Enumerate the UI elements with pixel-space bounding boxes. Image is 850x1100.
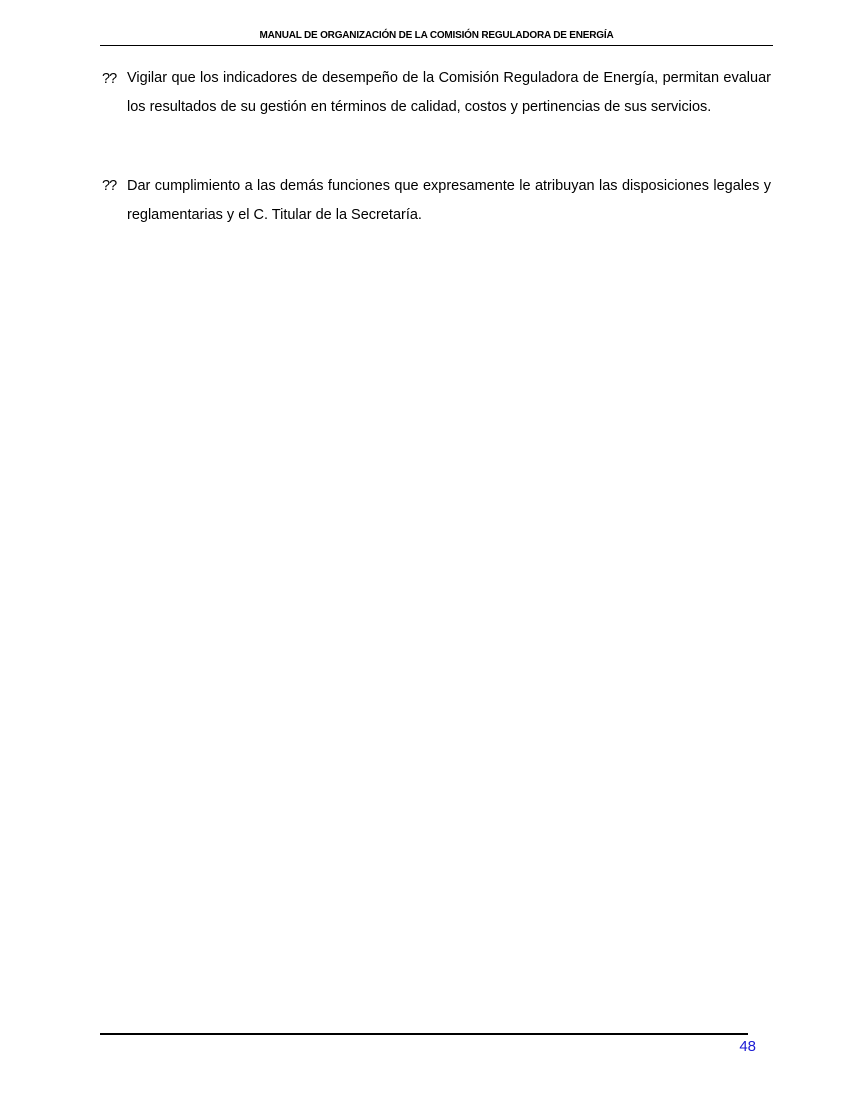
document-header-title: MANUAL DE ORGANIZACIÓN DE LA COMISIÓN RE… bbox=[100, 30, 773, 41]
footer-divider bbox=[100, 1033, 748, 1035]
list-item-paragraph: Vigilar que los indicadores de desempeño… bbox=[127, 64, 771, 121]
header-divider bbox=[100, 45, 773, 46]
page-number: 48 bbox=[739, 1038, 756, 1055]
bullet-marker: ?? bbox=[102, 178, 116, 194]
list-item-paragraph: Dar cumplimiento a las demás funciones q… bbox=[127, 172, 771, 229]
bullet-marker: ?? bbox=[102, 71, 116, 87]
